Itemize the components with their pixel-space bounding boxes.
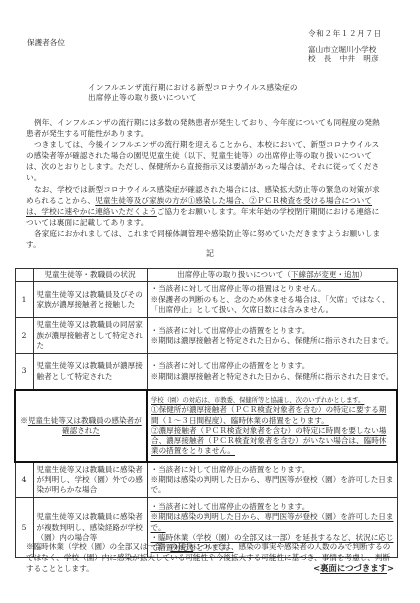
row-handling: 学校（園）の対応は、市教委、保健所等と協議し、次のいずれかとします。 ①保健所が… bbox=[147, 390, 397, 462]
continue-close-bracket: > bbox=[387, 563, 394, 573]
header-handling-suffix: ） bbox=[359, 270, 367, 279]
title-line-2: 出席停止等の取り扱いについて bbox=[88, 93, 298, 103]
header-status: 児童生徒等・教職員の状況 bbox=[33, 269, 147, 282]
body-text: 例年、インフルエンザの流行期には多数の発熱患者が発生しており、今年度についても同… bbox=[26, 117, 386, 250]
paragraph-2: つきましては、今後インフルエンザの流行期を迎えることから、本校において、新型コロ… bbox=[26, 139, 386, 183]
header-handling: 出席停止等の取り扱いについて（下線部が変更・追加） bbox=[147, 269, 397, 282]
handling-line-1: ・当該者に対して出席停止の措置をとります。 bbox=[151, 361, 394, 371]
footnote: ※臨時休業（学校（園）の全部又は一部）の延長については、感染の事実や感染者の人数… bbox=[26, 541, 394, 574]
continue-label: 裏面につづきます bbox=[320, 563, 387, 573]
row-handling: ・当該者に対して出席停止の措置をとります。 ※期間は濃厚接触者と特定された日から… bbox=[147, 318, 397, 354]
row-handling: ・当該者に対して出席停止の措置をとります。 ※期間は濃厚接触者と特定された日から… bbox=[147, 354, 397, 390]
handling-intro: 学校（園）の対応は、市教委、保健所等と協議し、次のいずれかとします。 bbox=[151, 395, 393, 405]
row-number: 1 bbox=[15, 282, 33, 318]
handling-line-1: ・当該者に対して出席停止の措置をとります。 bbox=[151, 465, 394, 475]
row-status: 児童生徒等又は教職員が濃厚接触者として特定された bbox=[33, 354, 147, 390]
ki-heading: 記 bbox=[0, 250, 420, 258]
header-num bbox=[15, 269, 33, 282]
handling-line-2: ②濃厚接触者（ＰＣＲ検査対象者を含む）の特定に時間を要しない場合、濃厚接触者（Ｐ… bbox=[151, 426, 393, 457]
attendance-table: 児童生徒等・教職員の状況 出席停止等の取り扱いについて（下線部が変更・追加） 1… bbox=[14, 268, 398, 558]
title-line-1: インフルエンザ流行期における新型コロナウイルス感染症の bbox=[88, 83, 298, 93]
status-prefix: ※ bbox=[20, 416, 28, 425]
status-underlined: 児童生徒等又は教職員の感染者が確認された bbox=[28, 416, 142, 435]
paragraph-4: 各家庭におかれましては、これまで同様体調管理や感染防止等に努めていただきますよう… bbox=[26, 228, 386, 250]
row-handling: ・当該者に対して出席停止の措置をとります。 ※期間は感染の判明した日から、専門医… bbox=[147, 462, 397, 498]
footnote-prefix: ※臨時休業（学校（園）の全部又は一部） bbox=[26, 542, 170, 551]
addressee: 保護者各位 bbox=[27, 39, 65, 47]
table-row-infection-confirmed: ※児童生徒等又は教職員の感染者が確認された 学校（園）の対応は、市教委、保健所等… bbox=[15, 390, 397, 462]
document-date: 令和２年１２月７日 bbox=[308, 30, 382, 38]
table-row: 1 児童生徒等又は教職員及びその家族が濃厚接触者と接触した ・当該者に対して出席… bbox=[15, 282, 397, 318]
row-number: 4 bbox=[15, 462, 33, 498]
table-header-row: 児童生徒等・教職員の状況 出席停止等の取り扱いについて（下線部が変更・追加） bbox=[15, 269, 397, 282]
header-handling-underlined: 下線部が変更・追加 bbox=[291, 270, 359, 279]
row-number: 2 bbox=[15, 318, 33, 354]
table-row: 4 児童生徒等又は教職員に感染者が判明し、学校（園）外での感染が明らかな場合 ・… bbox=[15, 462, 397, 498]
handling-line-2: ※期間は濃厚接触者と特定された日から、保健所に指示された日まで。 bbox=[151, 336, 394, 346]
row-status: ※児童生徒等又は教職員の感染者が確認された bbox=[15, 390, 147, 462]
handling-line-2: ※期間は感染の判明した日から、専門医等が登校（園）を許可した日まで。 bbox=[151, 475, 394, 496]
handling-line-1: ①保健所が濃厚接触者（ＰＣＲ検査対象者を含む）の特定に要する期間（１～３日間程度… bbox=[151, 405, 393, 426]
paragraph-3: なお、学校では新型コロナウイルス感染症が確認された場合には、感染拡大防止等の緊急… bbox=[26, 184, 386, 228]
row-status: 児童生徒等又は教職員に感染者が判明し、学校（園）外での感染が明らかな場合 bbox=[33, 462, 147, 498]
row-number: 3 bbox=[15, 354, 33, 390]
handling-line-2: ※保護者の判断のもと、念のため休ませる場合は、「欠席」ではなく、「出席停止」とし… bbox=[151, 295, 394, 316]
school-name: 富山市立堀川小学校 bbox=[308, 46, 376, 54]
table-row: 2 児童生徒等又は教職員の同居家族が濃厚接触者として特定された ・当該者に対して… bbox=[15, 318, 397, 354]
handling-line-1: ・当該者に対して出席停止の措置をとります。 bbox=[151, 502, 394, 512]
header-handling-prefix: 出席停止等の取り扱いについて（ bbox=[177, 270, 291, 279]
table-row: 3 児童生徒等又は教職員が濃厚接触者として特定された ・当該者に対して出席停止の… bbox=[15, 354, 397, 390]
handling-line-2: ※期間は感染の判明した日から、専門医等が登校（園）を許可した日まで。 bbox=[151, 512, 394, 533]
paragraph-1: 例年、インフルエンザの流行期には多数の発熱患者が発生しており、今年度についても同… bbox=[26, 117, 386, 139]
handling-line-1: ・当該者に対して出席停止の措置をとります。 bbox=[151, 326, 394, 336]
row-status: 児童生徒等又は教職員及びその家族が濃厚接触者と接触した bbox=[33, 282, 147, 318]
row-status: 児童生徒等又は教職員の同居家族が濃厚接触者として特定された bbox=[33, 318, 147, 354]
footnote-underlined: の延長 bbox=[170, 542, 193, 551]
document-title: インフルエンザ流行期における新型コロナウイルス感染症の 出席停止等の取り扱いにつ… bbox=[88, 83, 298, 103]
row-handling: ・当該者に対して出席停止等の措置はとりません。 ※保護者の判断のもと、念のため休… bbox=[147, 282, 397, 318]
principal-name: 校 長 中井 明彦 bbox=[308, 55, 379, 63]
handling-line-1: ・当該者に対して出席停止等の措置はとりません。 bbox=[151, 284, 394, 294]
continue-on-back-notice: <裏面につづきます> bbox=[313, 563, 394, 574]
handling-line-2: ※期間は濃厚接触者と特定された日から、保健所に指示された日まで。 bbox=[151, 372, 394, 382]
